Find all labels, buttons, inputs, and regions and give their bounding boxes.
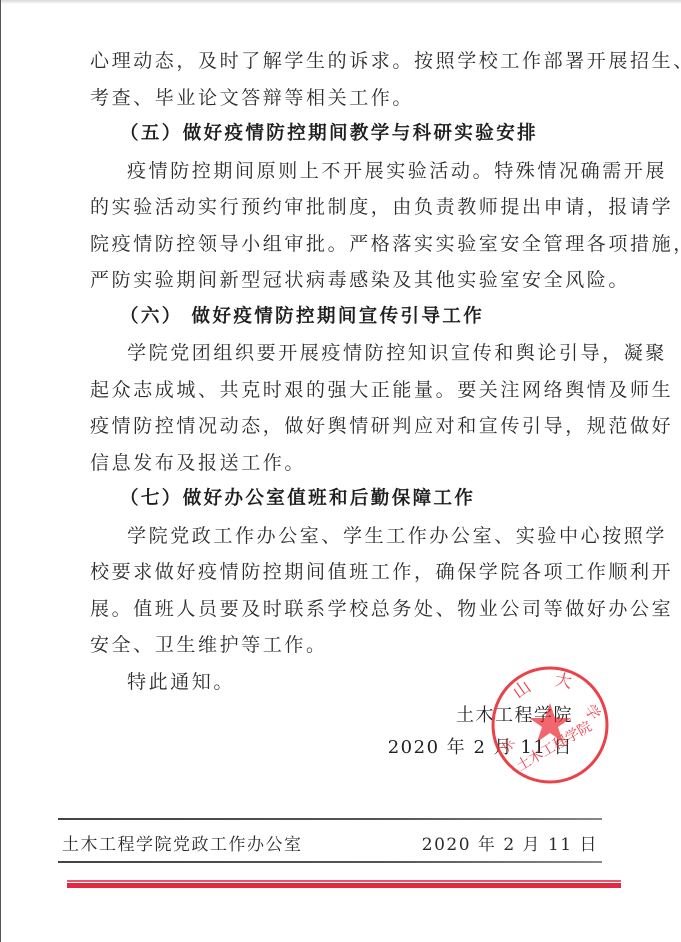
body-line: 的实验活动实行预约审批制度，由负责教师提出申请，报请学 — [90, 189, 610, 226]
svg-text:东: 东 — [499, 736, 519, 755]
footer-bottom-rule — [58, 861, 602, 863]
body-line: 考查、毕业论文答辩等相关工作。 — [90, 80, 610, 117]
red-divider — [67, 880, 621, 888]
page-top-edge — [0, 0, 681, 4]
body-line: 安全、卫生维护等工作。 — [90, 627, 610, 664]
body-line: 学院党政工作办公室、学生工作办公室、实验中心按照学 — [90, 518, 610, 555]
section-heading-6: （六） 做好疫情防控期间宣传引导工作 — [90, 299, 610, 336]
body-line: 展。值班人员要及时联系学校总务处、物业公司等做好办公室 — [90, 591, 610, 628]
section-heading-7: （七）做好办公室值班和后勤保障工作 — [90, 481, 610, 518]
body-line: 疫情防控期间原则上不开展实验活动。特殊情况确需开展 — [90, 153, 610, 190]
page-left-edge — [0, 0, 1, 942]
official-seal-stamp: 山 大 学 东 土木工程学院 — [488, 663, 612, 787]
footer-issuer: 土木工程学院党政工作办公室 — [62, 830, 303, 855]
body-line: 起众志成城、共克时艰的强大正能量。要关注网络舆情及师生 — [90, 372, 610, 409]
body-line: 严防实验期间新型冠状病毒感染及其他实验室安全风险。 — [90, 262, 610, 299]
footer-date: 2020 年 2 月 11 日 — [422, 830, 598, 855]
red-divider-thick — [67, 883, 621, 888]
red-divider-thin — [67, 880, 621, 882]
footer-top-rule — [58, 818, 602, 820]
body-line: 院疫情防控领导小组审批。严格落实实验室安全管理各项措施， — [90, 226, 610, 263]
footer-row: 土木工程学院党政工作办公室 2020 年 2 月 11 日 — [62, 826, 598, 858]
body-line: 疫情防控情况动态，做好舆情研判应对和宣传引导，规范做好 — [90, 408, 610, 445]
body-line: 心理动态，及时了解学生的诉求。按照学校工作部署开展招生、 — [90, 43, 610, 80]
document-body: 心理动态，及时了解学生的诉求。按照学校工作部署开展招生、 考查、毕业论文答辩等相… — [90, 43, 610, 700]
body-line: 信息发布及报送工作。 — [90, 445, 610, 482]
svg-text:大: 大 — [553, 670, 573, 693]
body-line: 校要求做好疫情防控期间值班工作，确保学院各项工作顺利开 — [90, 554, 610, 591]
section-heading-5: （五）做好疫情防控期间教学与科研实验安排 — [90, 116, 610, 153]
body-line: 学院党团组织要开展疫情防控知识宣传和舆论引导，凝聚 — [90, 335, 610, 372]
